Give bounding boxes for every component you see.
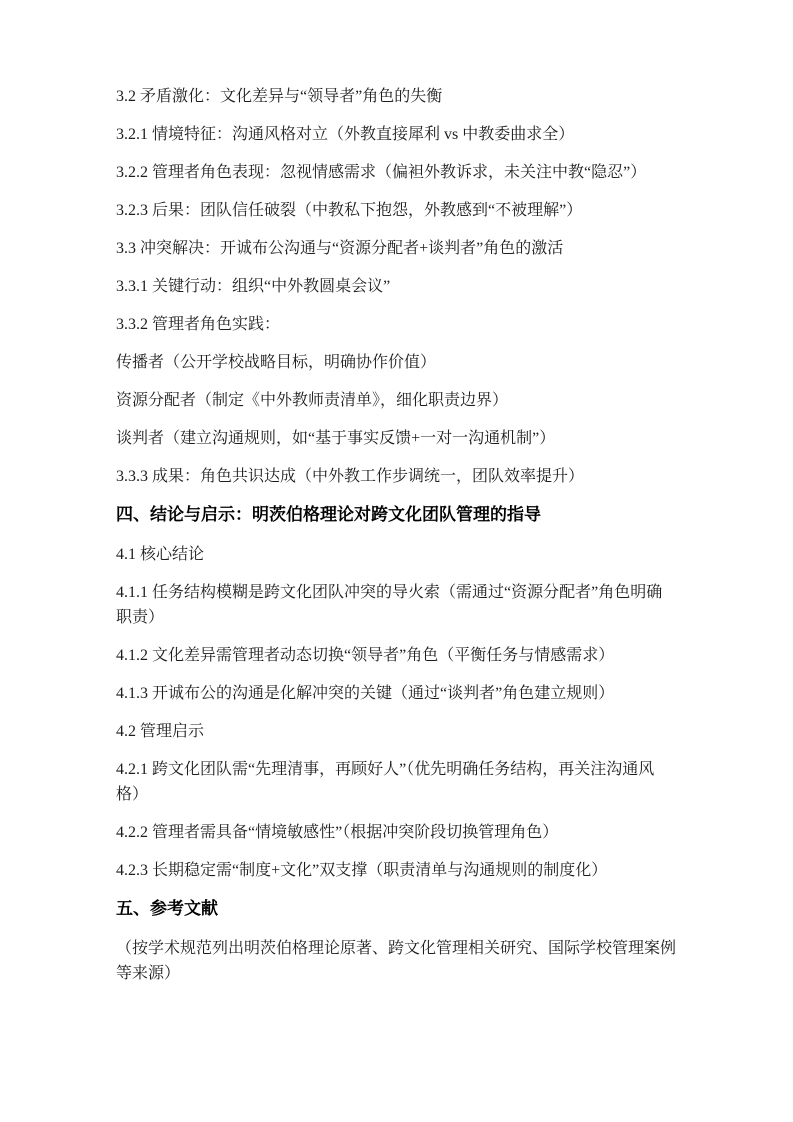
section-heading-5-references: 五、参考文献: [116, 896, 688, 921]
section-heading-4-conclusion: 四、结论与启示：明茨伯格理论对跨文化团队管理的指导: [116, 502, 688, 527]
paragraph-4-1-2: 4.1.2 文化差异需管理者动态切换“领导者”角色（平衡任务与情感需求）: [116, 643, 688, 668]
paragraph-3-3-2: 3.3.2 管理者角色实践：: [116, 312, 688, 337]
paragraph-negotiator-role: 谈判者（建立沟通规则，如“基于事实反馈+一对一沟通机制”）: [116, 426, 688, 451]
paragraph-3-3-1: 3.3.1 关键行动：组织“中外教圆桌会议”: [116, 274, 688, 299]
paragraph-communicator-role: 传播者（公开学校战略目标，明确协作价值）: [116, 350, 688, 375]
paragraph-3-2-1: 3.2.1 情境特征：沟通风格对立（外教直接犀利 vs 中教委曲求全）: [116, 122, 688, 147]
paragraph-4-2-2: 4.2.2 管理者需具备“情境敏感性”（根据冲突阶段切换管理角色）: [116, 820, 688, 845]
document-body: 3.2 矛盾激化：文化差异与“领导者”角色的失衡 3.2.1 情境特征：沟通风格…: [116, 84, 688, 999]
paragraph-4-1: 4.1 核心结论: [116, 542, 688, 567]
paragraph-4-1-1: 4.1.1 任务结构模糊是跨文化团队冲突的导火索（需通过“资源分配者”角色明确 …: [116, 580, 688, 630]
paragraph-4-1-3: 4.1.3 开诚布公的沟通是化解冲突的关键（通过“谈判者”角色建立规则）: [116, 681, 688, 706]
paragraph-4-2-1: 4.2.1 跨文化团队需“先理清事，再顾好人”（优先明确任务结构，再关注沟通风 …: [116, 757, 688, 807]
paragraph-3-2: 3.2 矛盾激化：文化差异与“领导者”角色的失衡: [116, 84, 688, 109]
paragraph-3-2-3: 3.2.3 后果：团队信任破裂（中教私下抱怨，外教感到“不被理解”）: [116, 198, 688, 223]
paragraph-3-3-3: 3.3.3 成果：角色共识达成（中外教工作步调统一，团队效率提升）: [116, 464, 688, 489]
paragraph-3-2-2: 3.2.2 管理者角色表现：忽视情感需求（偏袒外教诉求，未关注中教“隐忍”）: [116, 160, 688, 185]
paragraph-4-2: 4.2 管理启示: [116, 719, 688, 744]
document-page: 3.2 矛盾激化：文化差异与“领导者”角色的失衡 3.2.1 情境特征：沟通风格…: [0, 0, 793, 1122]
paragraph-resource-allocator-role: 资源分配者（制定《中外教师责清单》，细化职责边界）: [116, 388, 688, 413]
paragraph-references-note: （按学术规范列出明茨伯格理论原著、跨文化管理相关研究、国际学校管理案例 等来源）: [116, 936, 688, 986]
paragraph-3-3: 3.3 冲突解决：开诚布公沟通与“资源分配者+谈判者”角色的激活: [116, 236, 688, 261]
paragraph-4-2-3: 4.2.3 长期稳定需“制度+文化”双支撑（职责清单与沟通规则的制度化）: [116, 858, 688, 883]
